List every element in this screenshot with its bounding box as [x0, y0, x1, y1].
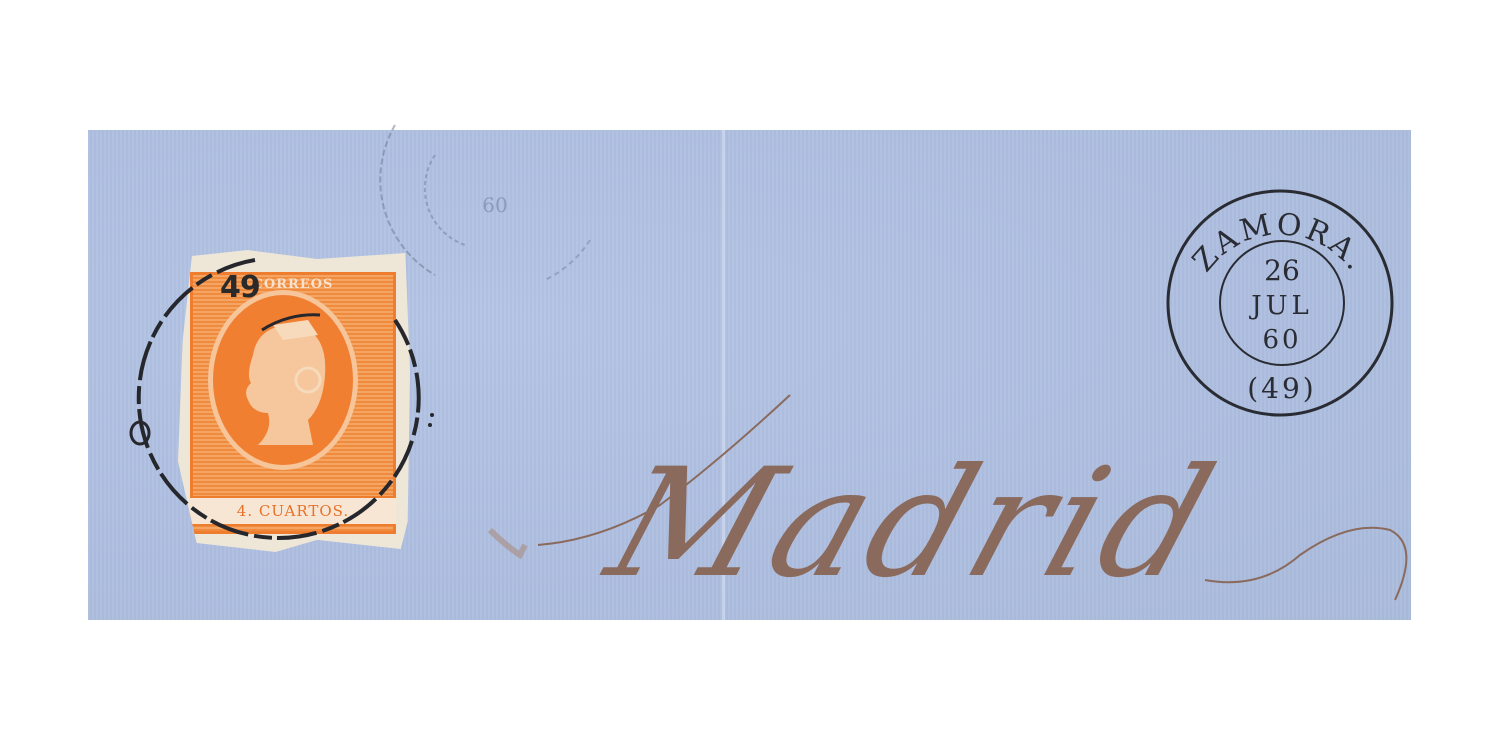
- handwritten-address: Madrid: [470, 380, 1410, 610]
- postal-markings: ZAMORA. 26 JUL 60 (49): [0, 0, 1500, 750]
- address-text: Madrid: [587, 437, 1237, 610]
- stamp-cancel-circle: [131, 260, 434, 538]
- postmark-day: 26: [1264, 254, 1300, 287]
- postmark-year: 60: [1262, 325, 1301, 355]
- postmark-month: JUL: [1248, 291, 1313, 321]
